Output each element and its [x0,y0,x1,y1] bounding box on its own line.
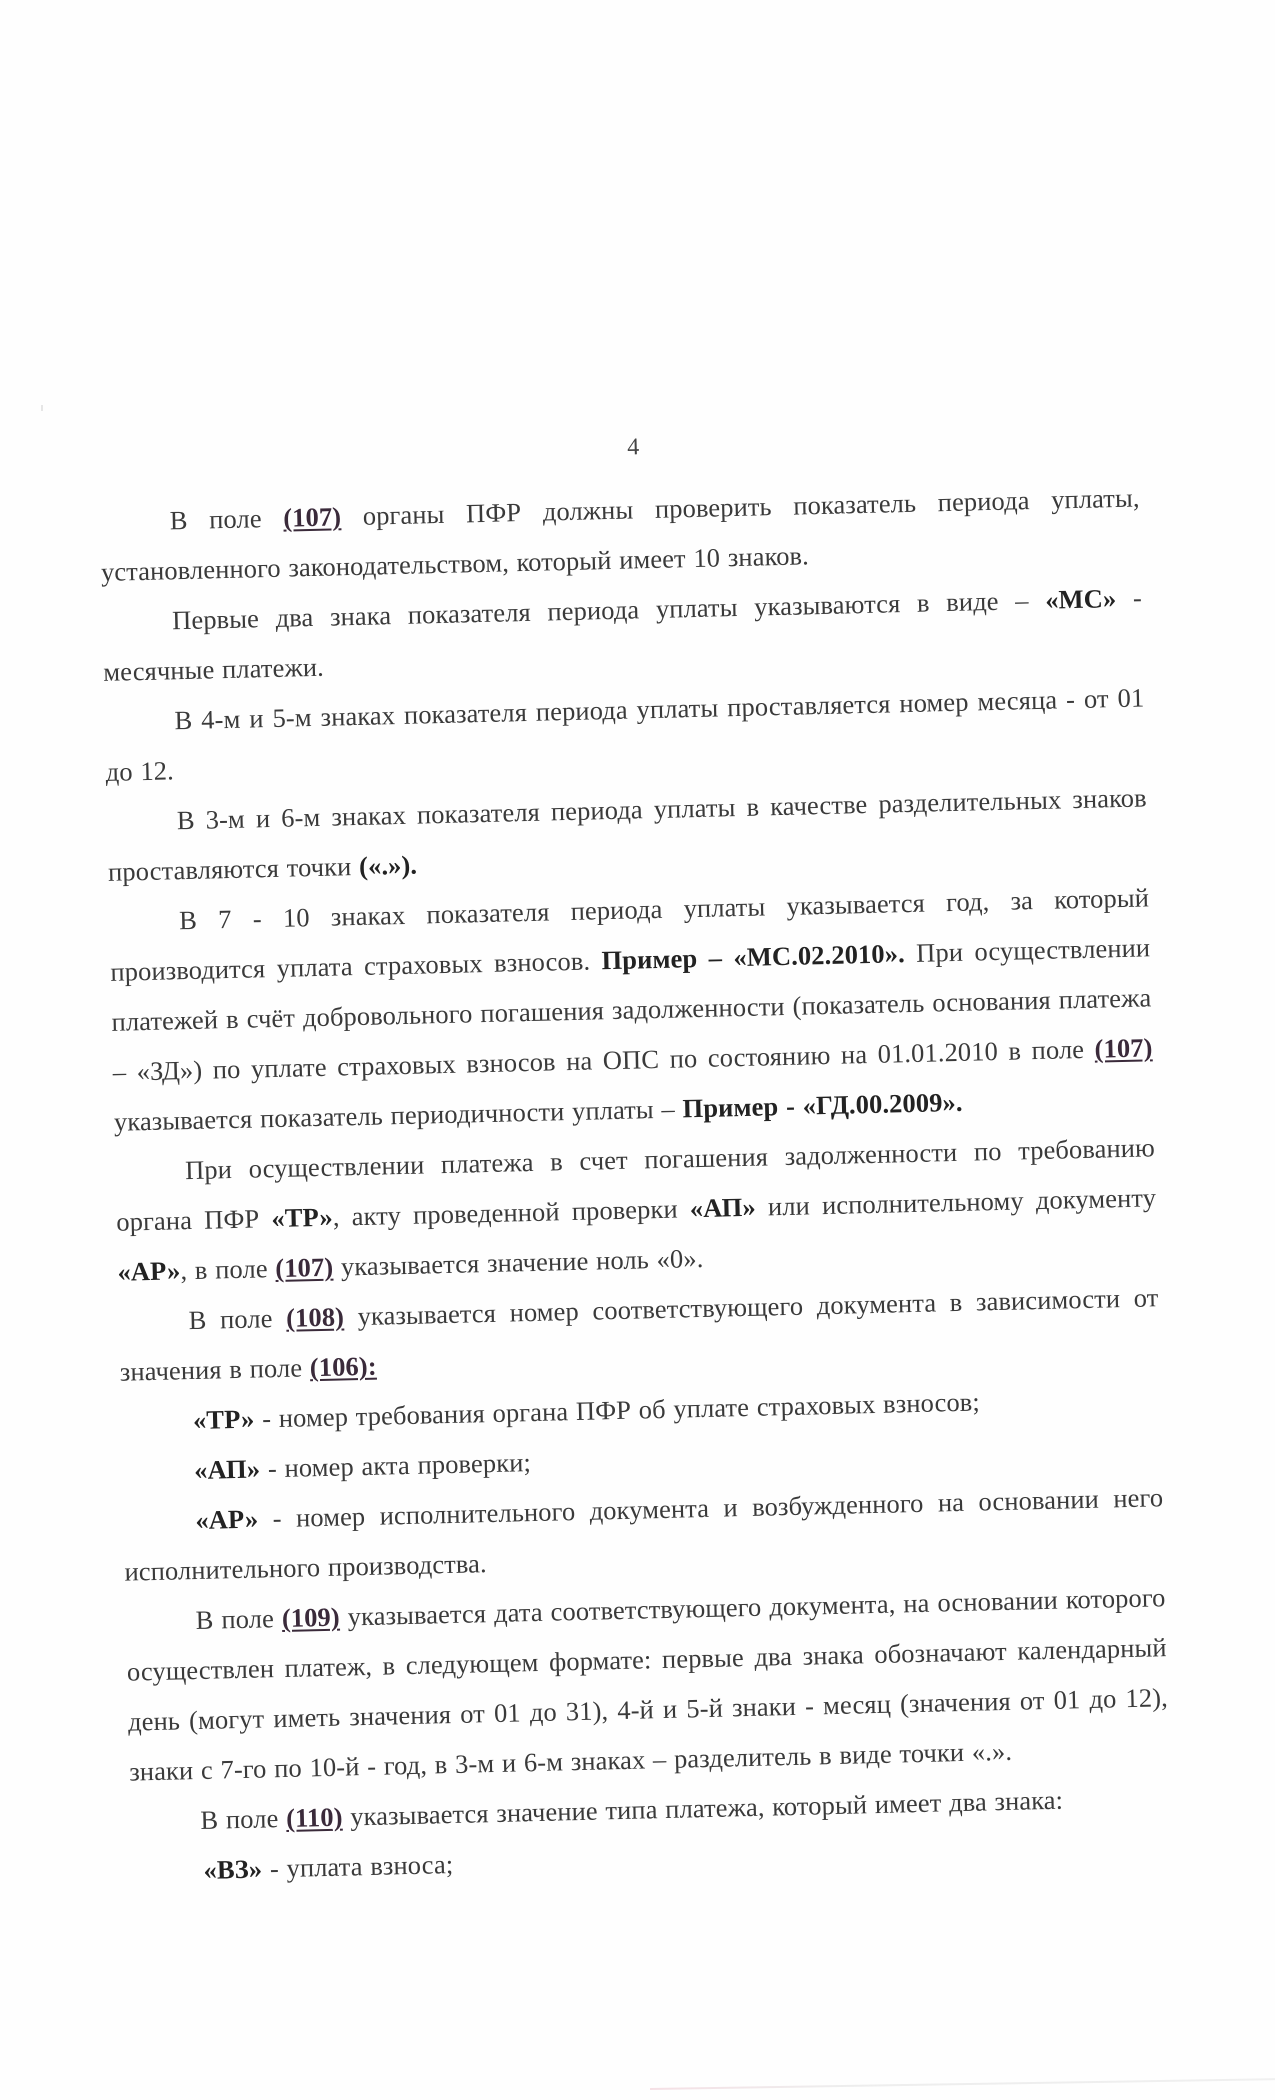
bold-code: «АР» [117,1255,181,1286]
text-run: указывается значение ноль «0». [333,1243,704,1282]
bold-code: («.»). [359,850,418,881]
text-run: , акту проведенной проверки [332,1193,690,1231]
text-run: - уплата взноса; [262,1849,454,1883]
text-run: органы ПФР должны проверить показатель п… [101,482,1140,586]
bold-code: «МС» [1045,583,1117,615]
bold-code: «АП» [689,1192,756,1224]
scan-speck [41,405,43,411]
bold-code: Пример – «МС.02.2010». [601,938,905,975]
text-run: В поле [195,1603,282,1635]
field-reference: (107) [283,501,342,532]
paragraph: В поле (109) указывается дата соответств… [125,1572,1169,1796]
scanned-page: 4 В поле (107) органы ПФР должны провери… [0,0,1275,2100]
text-run: В поле [200,1803,286,1835]
document-body: 4 В поле (107) органы ПФР должны провери… [98,420,1172,1896]
paragraph: При осуществлении платежа в счет погашен… [115,1122,1158,1296]
text-run: - номер исполнительного документа и возб… [124,1482,1163,1586]
text-run: В 3-м и 6-м знаках показателя периода уп… [108,782,1147,886]
field-reference: (109) [282,1602,341,1633]
field-reference: (106): [309,1351,377,1383]
bold-code: «ВЗ» [203,1854,262,1885]
text-run: , в поле [180,1253,276,1285]
bold-code: «АР» [195,1504,259,1535]
bold-code: «ТР» [271,1202,333,1233]
text-run: Первые два знака показателя периода упла… [172,585,1046,636]
field-reference: (108) [286,1301,345,1332]
text-run: - номер требования органа ПФР об уплате … [254,1386,980,1433]
field-reference: (110) [286,1802,343,1833]
paragraph-list: В поле (107) органы ПФР должны проверить… [99,472,1172,1896]
bold-code: «АП» [194,1453,261,1485]
scan-edge-line [650,2078,1275,2090]
text-run: или исполнительному документу [755,1182,1156,1221]
text-run: указывается показатель периодичности упл… [114,1093,683,1136]
text-run: В поле [169,503,283,536]
text-run: указывается значение типа платежа, котор… [342,1785,1063,1832]
field-reference: (107) [1094,1032,1153,1063]
bold-code: «ТР» [193,1404,255,1435]
paragraph: В 7 - 10 знаках показателя периода уплат… [109,872,1155,1146]
text-run: - номер акта проверки; [260,1447,531,1483]
text-run: В поле [188,1303,286,1335]
field-reference: (107) [275,1252,334,1283]
text-run: указывается номер соответствующего докум… [119,1282,1158,1386]
text-run: В 4-м и 5-м знаках показателя периода уп… [105,682,1144,786]
bold-code: Пример - «ГД.00.2009». [682,1087,963,1124]
